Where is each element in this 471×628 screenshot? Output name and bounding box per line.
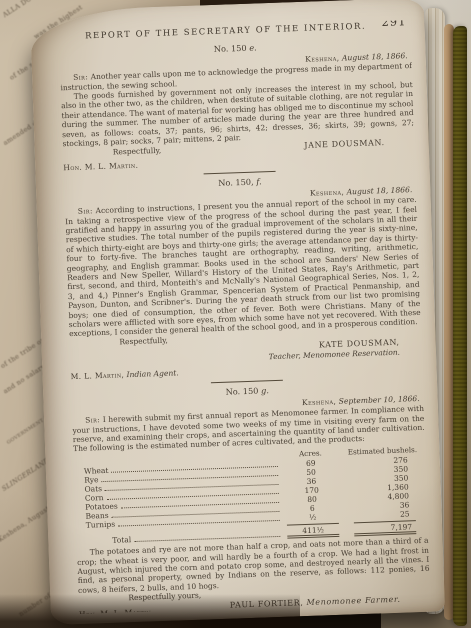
page-number: 291	[381, 20, 406, 27]
addressee: Hon. M. L. Martin,	[79, 607, 154, 614]
addressee-title: Indian Agent.	[126, 368, 179, 379]
crops-table-rows: Wheat 69 276 Rye 50 350	[84, 455, 428, 530]
section-divider	[211, 380, 283, 384]
dateline-date: August 18, 1866.	[342, 51, 408, 62]
left-page-text-fragment: Keshena, August	[0, 504, 51, 543]
salutation: Sir:	[73, 73, 88, 83]
addressee-name: M. L. Martin,	[70, 370, 124, 381]
doc-number-suffix: f.	[256, 177, 262, 187]
running-head: REPORT OF THE SECRETARY OF THE INTERIOR.…	[59, 21, 393, 42]
paragraph: Sir: According to instructions, I presen…	[65, 195, 421, 339]
crop-bushels-value: 25	[342, 509, 428, 521]
letter-150f: No. 150, f. Keshena, August 18, 1866. Si…	[64, 172, 423, 381]
page-title: REPORT OF THE SECRETARY OF THE INTERIOR.	[85, 21, 366, 41]
crop-label: Wheat	[84, 466, 109, 476]
dateline-place: Keshena,	[302, 397, 337, 407]
doc-number-text: No. 150,	[218, 177, 254, 188]
signature: JANE DOUSMAN.	[304, 138, 385, 150]
doc-number-text: No. 150	[214, 43, 247, 54]
book-cover-edge	[453, 26, 467, 626]
left-page-text-fragment: ALLA DOUS	[1, 0, 42, 19]
right-page: REPORT OF THE SECRETARY OF THE INTERIOR.…	[30, 0, 445, 625]
salutation: Sir:	[78, 206, 93, 216]
crop-label: Turnips	[86, 520, 116, 530]
letter-150g: No. 150 g. Keshena, September 10, 1866. …	[71, 381, 430, 614]
doc-number-suffix: e.	[249, 43, 257, 53]
total-acres-value: 411½	[287, 523, 339, 539]
section-divider	[204, 171, 276, 175]
doc-number-text: No. 150	[225, 386, 258, 397]
signature-title: Menomonee Farmer.	[306, 594, 400, 606]
dateline-date: August 18, 1866.	[346, 185, 412, 196]
paragraph-text: The goods furnished by government not on…	[61, 80, 414, 148]
addressee-name: Hon. M. L. Martin.	[63, 161, 138, 173]
signature: PAUL FORTIER,	[230, 598, 304, 610]
page-content: REPORT OF THE SECRETARY OF THE INTERIOR.…	[59, 20, 431, 614]
closing-text: Respectfully,	[113, 146, 162, 157]
dateline-place: Keshena,	[305, 53, 340, 63]
paragraph-text: According to instructions, I present you…	[65, 195, 421, 338]
book-photo: of the tribe on theand no salary nothing…	[0, 0, 471, 628]
crop-acres-value: ½	[284, 512, 342, 523]
total-bushels-value: 7,197	[354, 520, 416, 536]
total-label: Total	[112, 535, 131, 545]
salutation: Sir:	[85, 415, 100, 425]
crops-table: Acres. Estimated bushels. Wheat 69 276	[83, 445, 428, 546]
addressee-name: Hon. M. L. Martin,	[79, 607, 154, 614]
letter-150e: No. 150 e. Keshena, August 18, 1866. Sir…	[59, 38, 415, 172]
doc-number-suffix: g.	[261, 386, 269, 396]
dateline-place: Keshena,	[310, 187, 345, 197]
